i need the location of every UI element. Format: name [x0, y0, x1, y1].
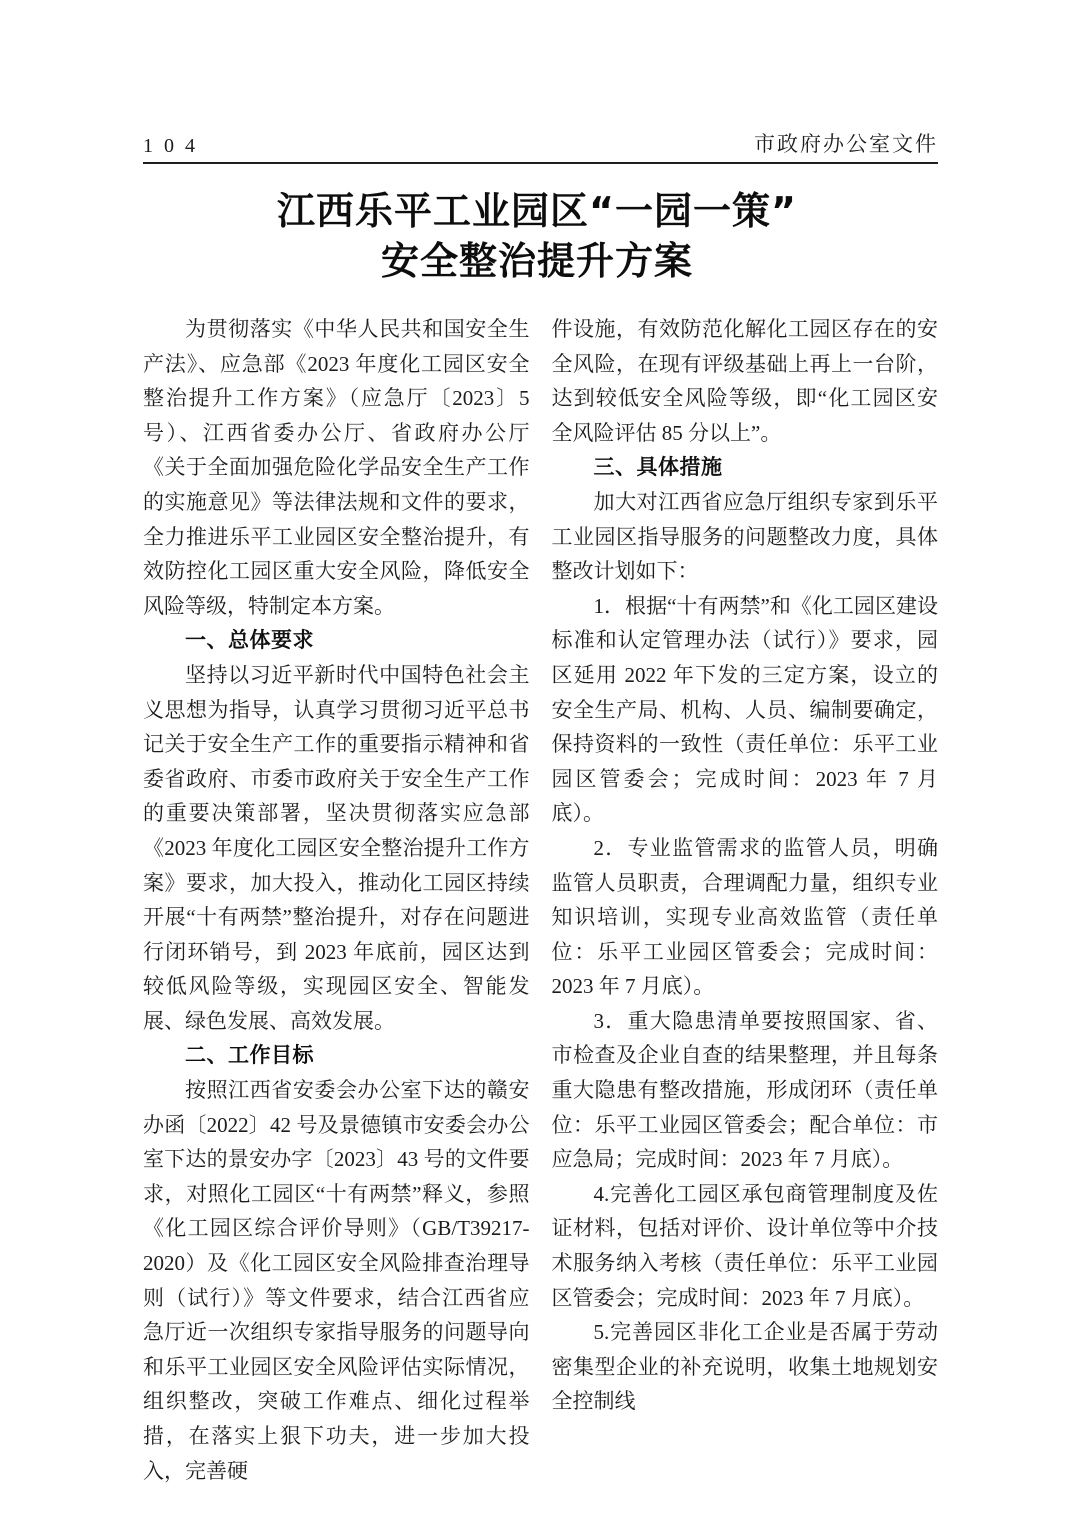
paragraph: 加大对江西省应急厅组织专家到乐平工业园区指导服务的问题整改力度，具体整改计划如下…	[552, 485, 939, 589]
document-title-line1: 江西乐平工业园区“一园一策”	[277, 189, 797, 233]
paragraph: 1．根据“十有两禁”和《化工园区建设标准和认定管理办法（试行）》要求，园区延用 …	[552, 589, 939, 831]
header-doc-type: 市政府办公室文件	[754, 128, 938, 158]
paragraph: 为贯彻落实《中华人民共和国安全生产法》、应急部《2023 年度化工园区安全整治提…	[143, 312, 530, 623]
page-header: 104 市政府办公室文件	[143, 128, 938, 164]
document-title-line2: 安全整治提升方案	[381, 239, 693, 283]
right-column: 件设施，有效防范化解化工园区存在的安全风险，在现有评级基础上再上一台阶，达到较低…	[552, 312, 939, 1520]
paragraph: 2．专业监管需求的监管人员，明确监管人员职责，合理调配力量，组织专业知识培训，实…	[552, 831, 939, 1004]
paragraph: 3．重大隐患清单要按照国家、省、市检查及企业自查的结果整理，并且每条重大隐患有整…	[552, 1004, 939, 1177]
paragraph: 5.完善园区非化工企业是否属于劳动密集型企业的补充说明，收集土地规划安全控制线	[552, 1315, 939, 1419]
document-title: 江西乐平工业园区“一园一策” 安全整治提升方案	[0, 186, 1074, 286]
section-heading: 三、具体措施	[552, 450, 939, 485]
left-column: 为贯彻落实《中华人民共和国安全生产法》、应急部《2023 年度化工园区安全整治提…	[143, 312, 530, 1520]
page-number: 104	[143, 135, 206, 158]
document-page: 104 市政府办公室文件 江西乐平工业园区“一园一策” 安全整治提升方案 为贯彻…	[0, 0, 1074, 1520]
document-body: 为贯彻落实《中华人民共和国安全生产法》、应急部《2023 年度化工园区安全整治提…	[143, 312, 938, 1520]
section-heading: 二、工作目标	[143, 1038, 530, 1073]
paragraph: 按照江西省安委会办公室下达的赣安办函〔2022〕42 号及景德镇市安委会办公室下…	[143, 1073, 530, 1488]
paragraph: 坚持以习近平新时代中国特色社会主义思想为指导，认真学习贯彻习近平总书记关于安全生…	[143, 658, 530, 1039]
paragraph: 件设施，有效防范化解化工园区存在的安全风险，在现有评级基础上再上一台阶，达到较低…	[552, 312, 939, 450]
paragraph: 4.完善化工园区承包商管理制度及佐证材料，包括对评价、设计单位等中介技术服务纳入…	[552, 1177, 939, 1315]
section-heading: 一、总体要求	[143, 623, 530, 658]
